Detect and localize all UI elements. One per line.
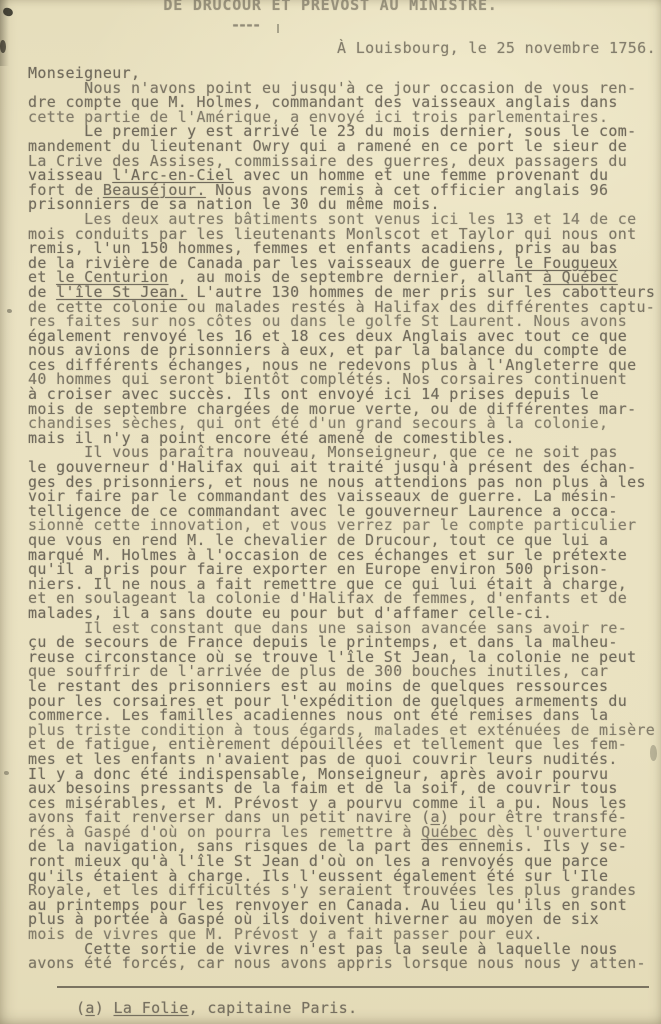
- title-separator: ----: [231, 16, 259, 34]
- scan-mark: [4, 771, 9, 775]
- document-page: DE DRUCOUR ET PREVOST AU MINISTRE. ---- …: [0, 0, 661, 1024]
- scan-mark: [7, 309, 12, 313]
- date-line: À Louisbourg, le 25 novembre 1756.: [337, 39, 656, 57]
- footnote: (a) La Folie, capitaine Paris.: [76, 999, 357, 1017]
- document-title: DE DRUCOUR ET PREVOST AU MINISTRE.: [0, 0, 661, 14]
- document-body: Monseigneur, Nous n'avons point eu jusqu…: [28, 66, 661, 971]
- scan-mark: [650, 745, 657, 761]
- scan-mark: [277, 24, 279, 33]
- document-line: avons été forcés, car nous avons appris …: [28, 956, 661, 971]
- footnote-rule: [57, 986, 649, 988]
- scan-edge-shadow: [0, 0, 9, 66]
